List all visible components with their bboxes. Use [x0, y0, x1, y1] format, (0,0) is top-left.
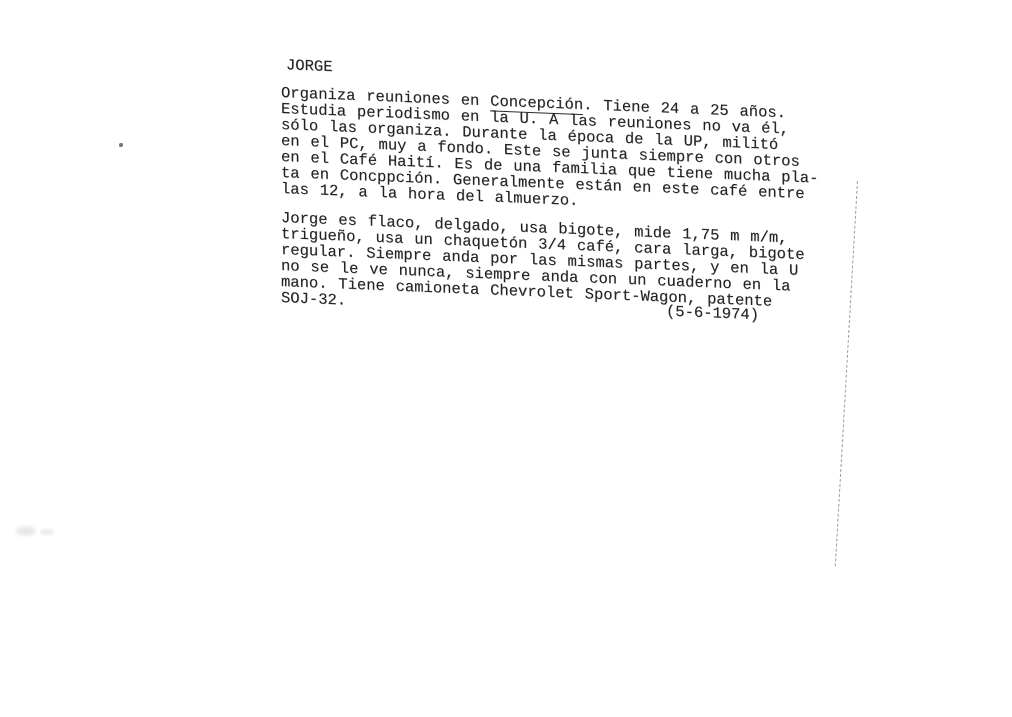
ink-speck-artifact	[119, 143, 123, 147]
document-page: JORGE Organiza reuniones en Concepción. …	[281, 57, 847, 329]
license-plate-text: SOJ-32.	[281, 290, 346, 309]
paragraph-2: Jorge es flaco, delgado, usa bigote, mid…	[281, 210, 847, 329]
smudge-artifact	[16, 526, 36, 536]
paragraph-1: Organiza reuniones en Concepción. Tiene …	[281, 85, 847, 220]
smudge-artifact	[40, 529, 54, 535]
date-note: (5-6-1974)	[666, 303, 759, 325]
